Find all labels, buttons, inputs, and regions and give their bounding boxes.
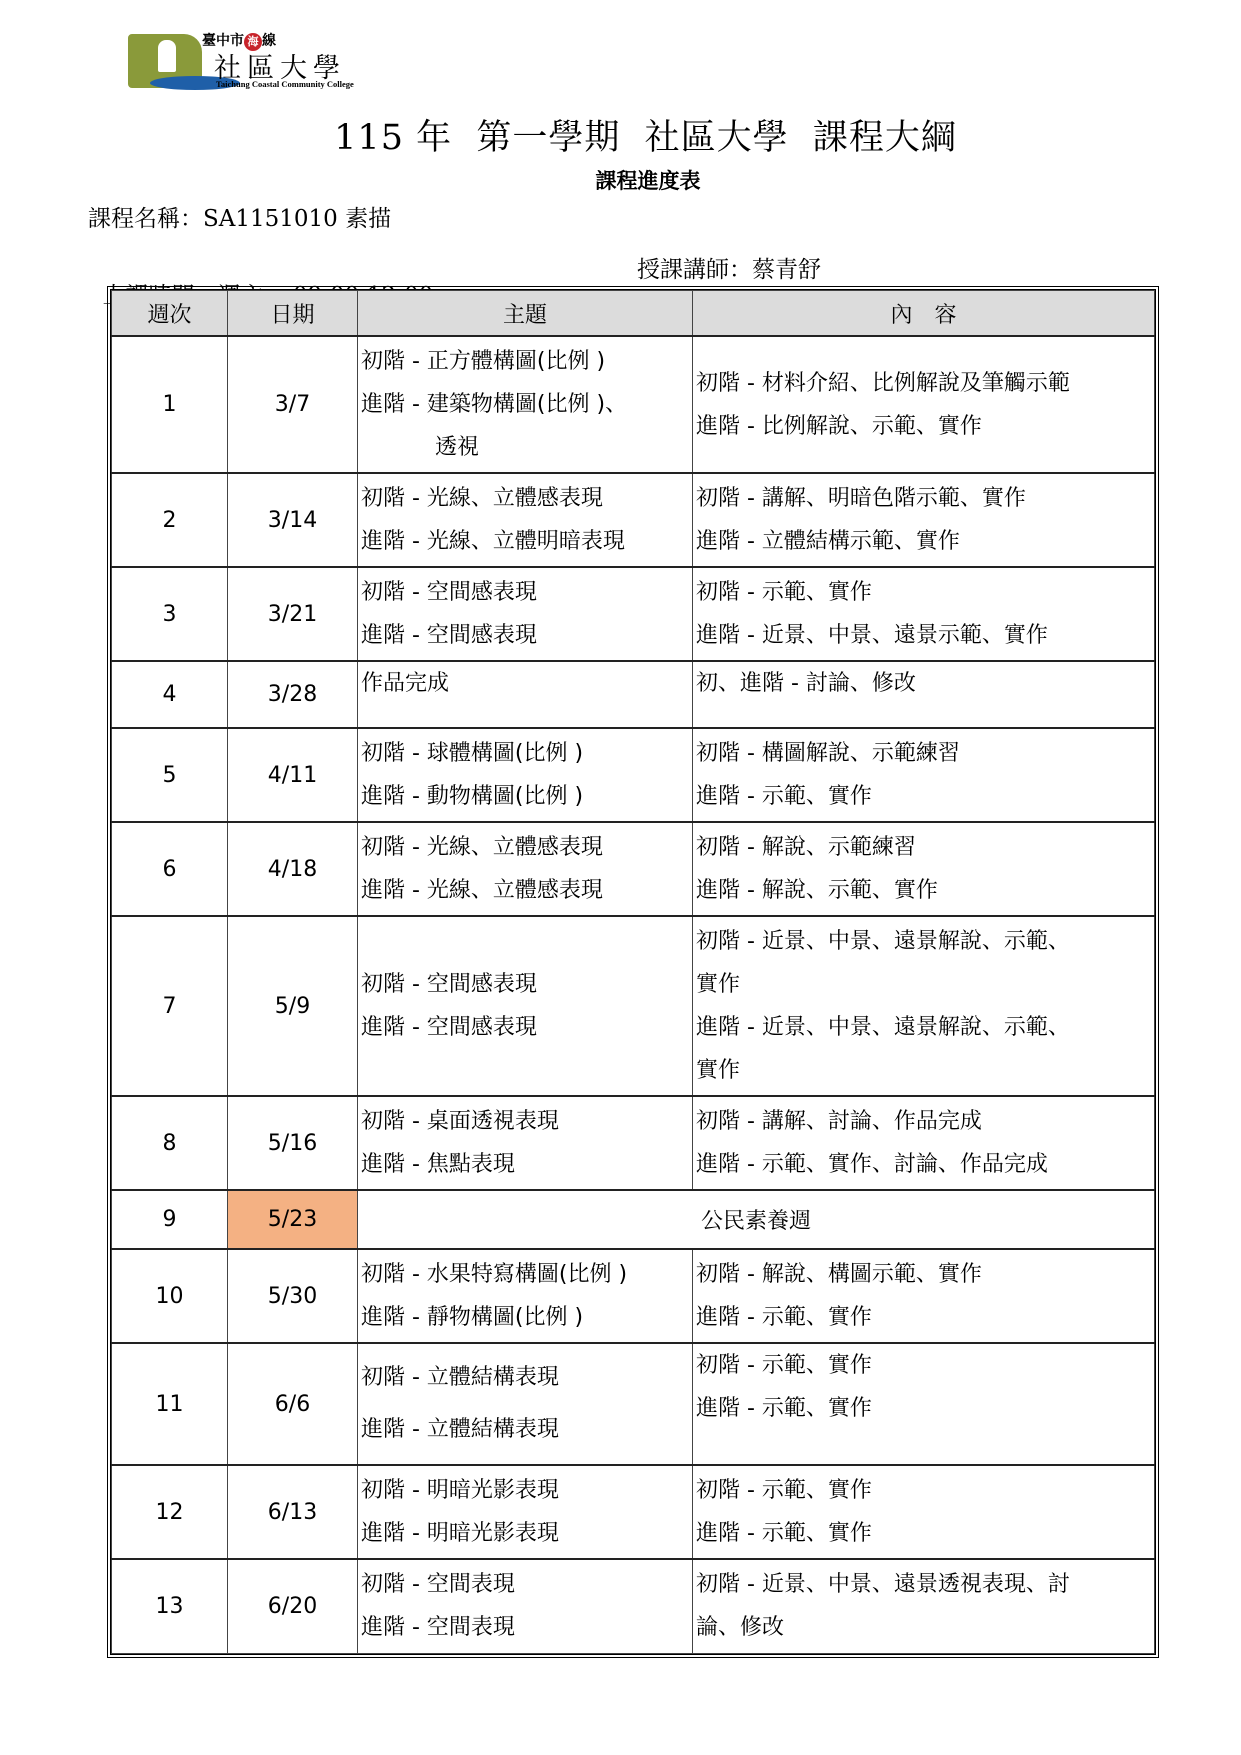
topic-line: 初階 - 球體構圖(比例 ) <box>361 732 692 775</box>
college-logo: 臺中市海線 社區大學 Taichung Coastal Community Co… <box>128 28 368 92</box>
cell-date: 5/9 <box>228 916 358 1096</box>
cell-date: 3/21 <box>228 567 358 661</box>
schedule-table-frame: 週次 日期 主題 內 容 13/7初階 - 正方體構圖(比例 )進階 - 建築物… <box>107 286 1159 1658</box>
course-value: SA1151010 素描 <box>203 206 391 232</box>
cell-content: 初、進階 - 討論、修改 <box>693 661 1155 728</box>
cell-topic: 初階 - 立體結構表現進階 - 立體結構表現 <box>358 1343 693 1465</box>
cell-content: 初階 - 近景、中景、遠景解說、示範、實作進階 - 近景、中景、遠景解說、示範、… <box>693 916 1155 1096</box>
content-line: 初、進階 - 討論、修改 <box>696 662 1154 705</box>
content-line: 初階 - 近景、中景、遠景解說、示範、 <box>696 920 1154 963</box>
content-line: 進階 - 近景、中景、遠景解說、示範、 <box>696 1006 1154 1049</box>
table-row: 23/14初階 - 光線、立體感表現進階 - 光線、立體明暗表現初階 - 講解、… <box>112 473 1155 567</box>
cell-week: 1 <box>112 336 228 473</box>
content-line: 初階 - 示範、實作 <box>696 1469 1154 1512</box>
cell-date: 6/13 <box>228 1465 358 1559</box>
content-line: 初階 - 示範、實作 <box>696 571 1154 614</box>
person-icon <box>158 40 176 72</box>
cell-date: 3/7 <box>228 336 358 473</box>
cell-topic: 初階 - 光線、立體感表現進階 - 光線、立體明暗表現 <box>358 473 693 567</box>
cell-topic: 初階 - 空間感表現進階 - 空間感表現 <box>358 567 693 661</box>
content-line: 進階 - 示範、實作、討論、作品完成 <box>696 1143 1154 1186</box>
topic-line: 初階 - 空間表現 <box>361 1563 692 1606</box>
table-row: 136/20初階 - 空間表現進階 - 空間表現初階 - 近景、中景、遠景透視表… <box>112 1559 1155 1653</box>
topic-line: 進階 - 光線、立體感表現 <box>361 869 692 912</box>
topic-line: 初階 - 立體結構表現 <box>361 1352 692 1404</box>
cell-date: 3/14 <box>228 473 358 567</box>
topic-line: 進階 - 明暗光影表現 <box>361 1512 692 1555</box>
cell-date: 5/30 <box>228 1249 358 1343</box>
content-line: 初階 - 示範、實作 <box>696 1344 1154 1387</box>
topic-line: 進階 - 空間表現 <box>361 1606 692 1649</box>
cell-topic: 初階 - 空間表現進階 - 空間表現 <box>358 1559 693 1653</box>
cell-content: 初階 - 近景、中景、遠景透視表現、討論、修改 <box>693 1559 1155 1653</box>
topic-line: 透視 <box>361 426 692 469</box>
table-header-row: 週次 日期 主題 內 容 <box>112 291 1155 337</box>
cell-date: 4/18 <box>228 822 358 916</box>
cell-content: 初階 - 講解、討論、作品完成進階 - 示範、實作、討論、作品完成 <box>693 1096 1155 1190</box>
header-week: 週次 <box>112 291 228 337</box>
cell-week: 2 <box>112 473 228 567</box>
topic-line: 初階 - 光線、立體感表現 <box>361 826 692 869</box>
topic-line: 作品完成 <box>361 662 692 705</box>
cell-topic: 作品完成 <box>358 661 693 728</box>
cell-week: 11 <box>112 1343 228 1465</box>
table-row: 64/18初階 - 光線、立體感表現進階 - 光線、立體感表現初階 - 解說、示… <box>112 822 1155 916</box>
content-line: 進階 - 示範、實作 <box>696 1512 1154 1555</box>
page-subtitle: 課程進度表 <box>0 165 1241 195</box>
cell-date: 5/23 <box>228 1190 358 1249</box>
table-row: 75/9初階 - 空間感表現進階 - 空間感表現初階 - 近景、中景、遠景解說、… <box>112 916 1155 1096</box>
cell-topic: 初階 - 明暗光影表現進階 - 明暗光影表現 <box>358 1465 693 1559</box>
cell-week: 6 <box>112 822 228 916</box>
topic-line: 初階 - 明暗光影表現 <box>361 1469 692 1512</box>
topic-line: 進階 - 動物構圖(比例 ) <box>361 775 692 818</box>
topic-line: 進階 - 焦點表現 <box>361 1143 692 1186</box>
content-line: 初階 - 解說、構圖示範、實作 <box>696 1253 1154 1296</box>
cell-week: 8 <box>112 1096 228 1190</box>
table-row: 13/7初階 - 正方體構圖(比例 )進階 - 建築物構圖(比例 )、透視初階 … <box>112 336 1155 473</box>
teacher-label: 授課講師： <box>637 257 752 283</box>
cell-week: 10 <box>112 1249 228 1343</box>
table-row: 54/11初階 - 球體構圖(比例 )進階 - 動物構圖(比例 )初階 - 構圖… <box>112 728 1155 822</box>
teacher: 授課講師：蔡青舒 <box>637 251 821 284</box>
content-line: 初階 - 材料介紹、比例解說及筆觸示範 <box>696 362 1154 405</box>
cell-date: 5/16 <box>228 1096 358 1190</box>
topic-line: 初階 - 空間感表現 <box>361 963 692 1006</box>
cell-week: 13 <box>112 1559 228 1653</box>
cell-week: 5 <box>112 728 228 822</box>
topic-line: 進階 - 空間感表現 <box>361 614 692 657</box>
topic-line: 進階 - 光線、立體明暗表現 <box>361 520 692 563</box>
topic-line: 進階 - 空間感表現 <box>361 1006 692 1049</box>
cell-topic: 初階 - 球體構圖(比例 )進階 - 動物構圖(比例 ) <box>358 728 693 822</box>
topic-line: 初階 - 正方體構圖(比例 ) <box>361 340 692 383</box>
page-title: 115 年 第一學期 社區大學 課程大綱 <box>0 110 1241 160</box>
cell-topic: 初階 - 正方體構圖(比例 )進階 - 建築物構圖(比例 )、透視 <box>358 336 693 473</box>
cell-date: 4/11 <box>228 728 358 822</box>
content-line: 進階 - 立體結構示範、實作 <box>696 520 1154 563</box>
header-topic: 主題 <box>358 291 693 337</box>
table-row: 85/16初階 - 桌面透視表現進階 - 焦點表現初階 - 講解、討論、作品完成… <box>112 1096 1155 1190</box>
cell-content: 初階 - 解說、示範練習進階 - 解說、示範、實作 <box>693 822 1155 916</box>
table-row: 126/13初階 - 明暗光影表現進階 - 明暗光影表現初階 - 示範、實作進階… <box>112 1465 1155 1559</box>
content-line: 初階 - 構圖解說、示範練習 <box>696 732 1154 775</box>
table-row: 116/6初階 - 立體結構表現進階 - 立體結構表現初階 - 示範、實作進階 … <box>112 1343 1155 1465</box>
content-line: 實作 <box>696 963 1154 1006</box>
topic-line: 初階 - 空間感表現 <box>361 571 692 614</box>
content-line: 實作 <box>696 1049 1154 1092</box>
cell-content: 初階 - 講解、明暗色階示範、實作進階 - 立體結構示範、實作 <box>693 473 1155 567</box>
cell-date: 6/20 <box>228 1559 358 1653</box>
cell-week: 3 <box>112 567 228 661</box>
logo-english: Taichung Coastal Community College <box>216 79 354 89</box>
content-line: 初階 - 解說、示範練習 <box>696 826 1154 869</box>
course-label: 課程名稱： <box>88 206 203 232</box>
cell-content: 初階 - 示範、實作進階 - 示範、實作 <box>693 1343 1155 1465</box>
cell-content: 初階 - 構圖解說、示範練習進階 - 示範、實作 <box>693 728 1155 822</box>
topic-line: 初階 - 水果特寫構圖(比例 ) <box>361 1253 692 1296</box>
content-line: 初階 - 講解、明暗色階示範、實作 <box>696 477 1154 520</box>
cell-week: 12 <box>112 1465 228 1559</box>
cell-topic: 初階 - 空間感表現進階 - 空間感表現 <box>358 916 693 1096</box>
header-date: 日期 <box>228 291 358 337</box>
cell-date: 6/6 <box>228 1343 358 1465</box>
cell-topic: 初階 - 桌面透視表現進階 - 焦點表現 <box>358 1096 693 1190</box>
topic-line: 進階 - 立體結構表現 <box>361 1404 692 1456</box>
teacher-value: 蔡青舒 <box>752 257 821 283</box>
content-line: 初階 - 近景、中景、遠景透視表現、討 <box>696 1563 1154 1606</box>
content-line: 進階 - 示範、實作 <box>696 775 1154 818</box>
cell-content: 初階 - 解說、構圖示範、實作進階 - 示範、實作 <box>693 1249 1155 1343</box>
cell-topic: 初階 - 水果特寫構圖(比例 )進階 - 靜物構圖(比例 ) <box>358 1249 693 1343</box>
table-row: 33/21初階 - 空間感表現進階 - 空間感表現初階 - 示範、實作進階 - … <box>112 567 1155 661</box>
content-line: 論、修改 <box>696 1606 1154 1649</box>
content-line: 進階 - 近景、中景、遠景示範、實作 <box>696 614 1154 657</box>
cell-content: 初階 - 示範、實作進階 - 示範、實作 <box>693 1465 1155 1559</box>
topic-line: 初階 - 桌面透視表現 <box>361 1100 692 1143</box>
course-name: 課程名稱：SA1151010 素描 <box>88 200 391 233</box>
content-line: 進階 - 示範、實作 <box>696 1387 1154 1430</box>
cell-week: 7 <box>112 916 228 1096</box>
content-line: 進階 - 比例解說、示範、實作 <box>696 405 1154 448</box>
cell-week: 4 <box>112 661 228 728</box>
header-content: 內 容 <box>693 291 1155 337</box>
cell-content: 初階 - 材料介紹、比例解說及筆觸示範進階 - 比例解說、示範、實作 <box>693 336 1155 473</box>
content-line: 進階 - 解說、示範、實作 <box>696 869 1154 912</box>
table-row: 95/23公民素養週 <box>112 1190 1155 1249</box>
table-row: 43/28作品完成初、進階 - 討論、修改 <box>112 661 1155 728</box>
topic-line: 進階 - 靜物構圖(比例 ) <box>361 1296 692 1339</box>
schedule-table: 週次 日期 主題 內 容 13/7初階 - 正方體構圖(比例 )進階 - 建築物… <box>111 290 1155 1654</box>
cell-week: 9 <box>112 1190 228 1249</box>
cell-date: 3/28 <box>228 661 358 728</box>
topic-line: 進階 - 建築物構圖(比例 )、 <box>361 383 692 426</box>
cell-content: 初階 - 示範、實作進階 - 近景、中景、遠景示範、實作 <box>693 567 1155 661</box>
content-line: 初階 - 講解、討論、作品完成 <box>696 1100 1154 1143</box>
cell-merged-event: 公民素養週 <box>358 1190 1155 1249</box>
topic-line: 初階 - 光線、立體感表現 <box>361 477 692 520</box>
content-line: 進階 - 示範、實作 <box>696 1296 1154 1339</box>
table-row: 105/30初階 - 水果特寫構圖(比例 )進階 - 靜物構圖(比例 )初階 -… <box>112 1249 1155 1343</box>
cell-topic: 初階 - 光線、立體感表現進階 - 光線、立體感表現 <box>358 822 693 916</box>
